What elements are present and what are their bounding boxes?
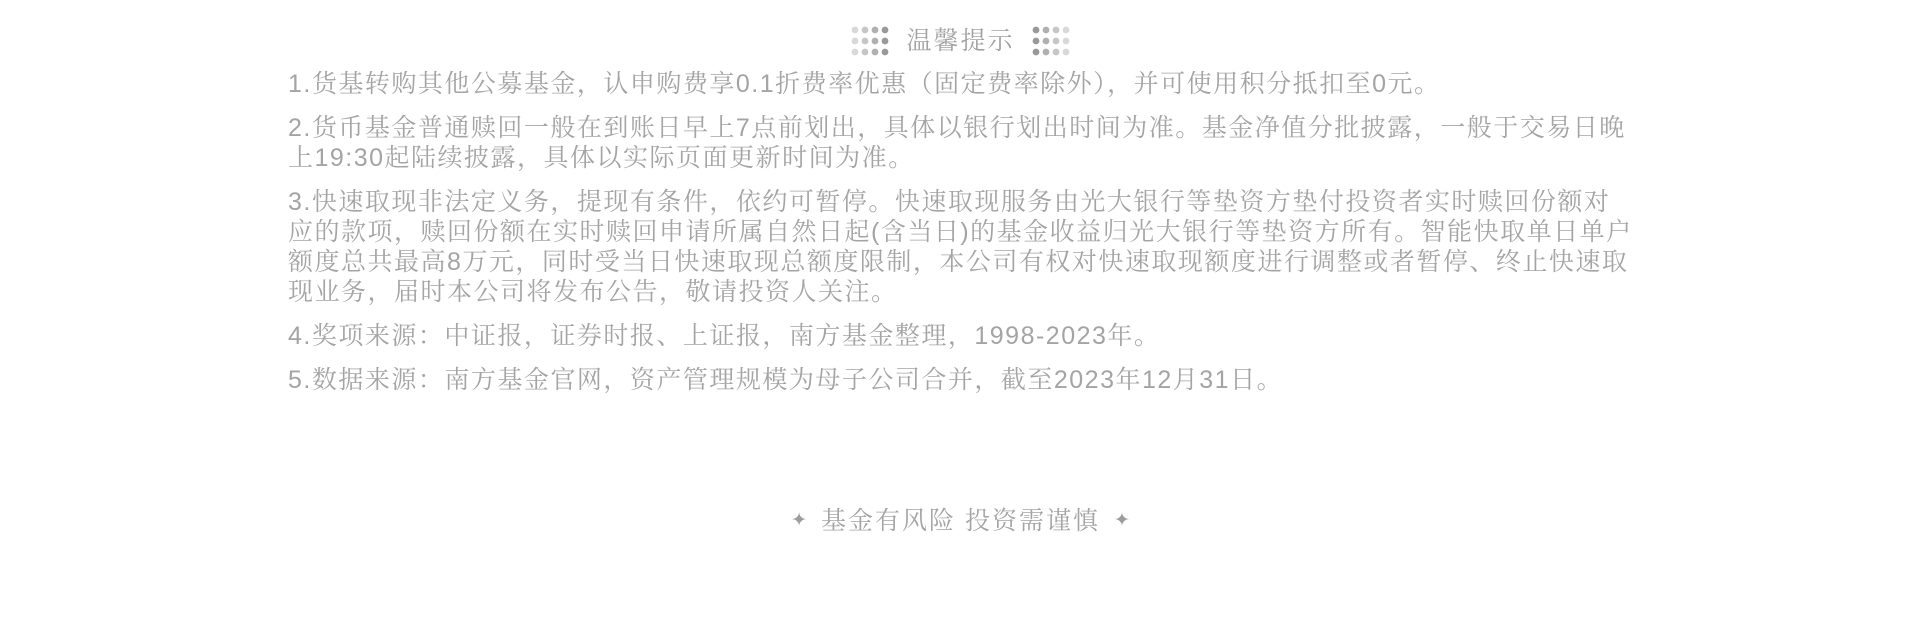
star-icon-right: ✦ — [1114, 511, 1130, 530]
star-icon-left: ✦ — [791, 511, 807, 530]
tips-title: 温馨提示 — [906, 25, 1014, 57]
notice-list: 1.货基转购其他公募基金，认申购费享0.1折费率优惠（固定费率除外），并可使用积… — [288, 69, 1633, 395]
risk-warning: ✦ 基金有风险 投资需谨慎 ✦ — [0, 501, 1921, 537]
notice-item-4: 4.奖项来源：中证报，证券时报、上证报，南方基金整理，1998-2023年。 — [288, 321, 1633, 351]
tips-header: 温馨提示 — [0, 0, 1921, 57]
tips-page: 温馨提示 1.货基转购其他公募基金，认申购费享0.1折费率优惠（固定费率除外），… — [0, 0, 1921, 640]
notice-item-5: 5.数据来源：南方基金官网，资产管理规模为母子公司合并，截至2023年12月31… — [288, 365, 1633, 395]
notice-item-2: 2.货币基金普通赎回一般在到账日早上7点前划出，具体以银行划出时间为准。基金净值… — [288, 113, 1633, 173]
dot-grid-left-icon — [850, 25, 890, 57]
notice-item-3: 3.快速取现非法定义务，提现有条件，依约可暂停。快速取现服务由光大银行等垫资方垫… — [288, 187, 1633, 307]
notice-item-1: 1.货基转购其他公募基金，认申购费享0.1折费率优惠（固定费率除外），并可使用积… — [288, 69, 1633, 99]
risk-warning-text: 基金有风险 投资需谨慎 — [821, 501, 1100, 537]
dot-grid-right-icon — [1031, 25, 1071, 57]
